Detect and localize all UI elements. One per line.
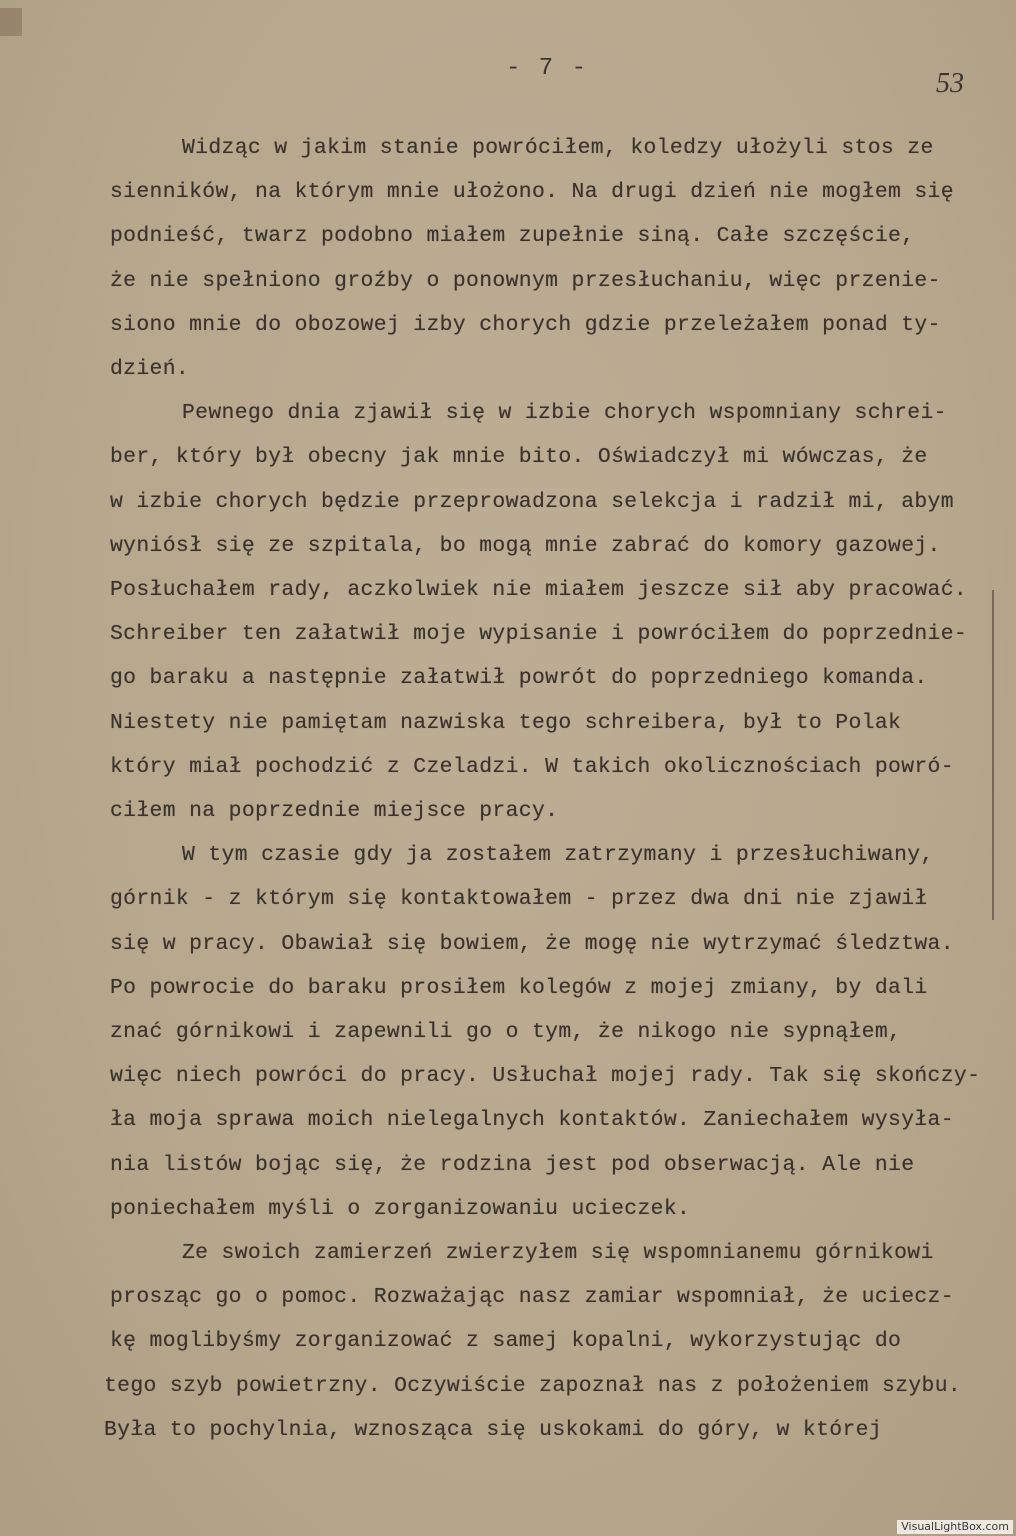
text-line: kę moglibyśmy zorganizować z samej kopal… — [110, 1329, 901, 1353]
text-line: wyniósł się ze szpitala, bo mogą mnie za… — [110, 534, 941, 558]
text-line: podnieść, twarz podobno miałem zupełnie … — [110, 224, 914, 248]
text-line: dzień. — [110, 357, 189, 381]
text-line: który miał pochodzić z Czeladzi. W takic… — [110, 755, 954, 779]
text-line: siono mnie do obozowej izby chorych gdzi… — [110, 313, 941, 337]
text-line: Posłuchałem rady, aczkolwiek nie miałem … — [110, 578, 967, 602]
text-line: ła moja sprawa moich nielegalnych kontak… — [110, 1108, 954, 1132]
watermark: VisualLightBox.com — [897, 1520, 1013, 1534]
text-line: Pewnego dnia zjawił się w izbie chorych … — [182, 401, 947, 425]
text-line: go baraku a następnie załatwił powrót do… — [110, 666, 928, 690]
text-line: ber, który był obecny jak mnie bito. Ośw… — [110, 445, 928, 469]
text-line: W tym czasie gdy ja zostałem zatrzymany … — [182, 843, 934, 867]
text-line: prosząc go o pomoc. Rozważając nasz zami… — [110, 1285, 954, 1309]
text-line: ciłem na poprzednie miejsce pracy. — [110, 799, 558, 823]
text-line: nia listów bojąc się, że rodzina jest po… — [110, 1153, 914, 1177]
text-line: Widząc w jakim stanie powróciłem, koledz… — [182, 136, 934, 160]
scan-edge-mark — [0, 8, 22, 36]
text-line: więc niech powróci do pracy. Usłuchał mo… — [110, 1064, 980, 1088]
typed-document-page: - 7 - 53 Widząc w jakim stanie powróciłe… — [0, 0, 1016, 1536]
text-line: sienników, na którym mnie ułożono. Na dr… — [110, 180, 954, 204]
text-line: Po powrocie do baraku prosiłem kolegów z… — [110, 976, 928, 1000]
text-line: w izbie chorych będzie przeprowadzona se… — [110, 490, 954, 514]
text-line: się w pracy. Obawiał się bowiem, że mogę… — [110, 932, 954, 956]
text-line: Była to pochylnia, wznosząca się uskokam… — [104, 1418, 882, 1442]
text-line: że nie spełniono groźby o ponownym przes… — [110, 269, 941, 293]
folio-number: 53 — [936, 68, 964, 100]
margin-pencil-line — [992, 590, 994, 920]
text-line: Ze swoich zamierzeń zwierzyłem się wspom… — [182, 1241, 934, 1265]
text-line: tego szyb powietrzny. Oczywiście zapozna… — [104, 1374, 961, 1398]
text-line: poniechałem myśli o zorganizowaniu uciec… — [110, 1197, 690, 1221]
page-number: - 7 - — [506, 55, 588, 82]
text-line: górnik - z którym się kontaktowałem - pr… — [110, 887, 928, 911]
text-line: znać górnikowi i zapewnili go o tym, że … — [110, 1020, 901, 1044]
text-line: Niestety nie pamiętam nazwiska tego schr… — [110, 711, 901, 735]
text-line: Schreiber ten załatwił moje wypisanie i … — [110, 622, 967, 646]
